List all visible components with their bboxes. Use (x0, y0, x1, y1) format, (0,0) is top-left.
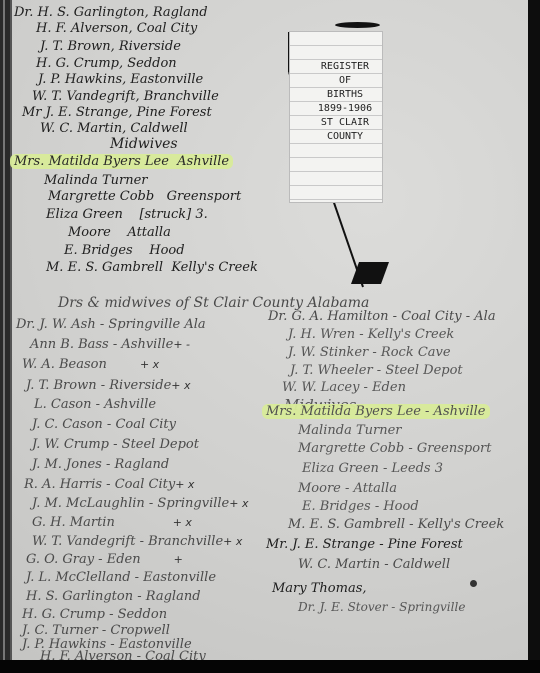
list-item: Dr. J. W. Ash - Springville Ala (16, 318, 206, 332)
list-item: J. T. Brown - Riverside + x (26, 379, 171, 393)
list-item: J. C. Cason - Coal City (32, 418, 176, 432)
midwife-name: Mrs. Matilda Byers Lee (14, 154, 169, 169)
list-item: J. M. McLaughlin - Springville + x (32, 497, 229, 511)
list-item: J. L. McClelland - Eastonville (26, 571, 216, 585)
page-right-edge (528, 0, 540, 673)
list-item: Eliza Green [struck] 3. (46, 208, 208, 222)
list-item: Eliza Green - Leeds 3 (302, 462, 443, 476)
page-bottom-edge (0, 660, 540, 673)
list-item: H. G. Crump, Seddon (36, 57, 177, 71)
list-item: M. E. S. Gambrell Kelly's Creek (46, 261, 258, 275)
list-item: L. Cason - Ashville (34, 398, 156, 412)
highlight: Mrs. Matilda Byers Lee - Ashville (262, 404, 490, 419)
list-item: J. P. Hawkins, Eastonville (38, 73, 203, 87)
list-item: J. H. Wren - Kelly's Creek (288, 328, 454, 342)
ink-stain (335, 22, 380, 28)
list-item: G. H. Martin + x (32, 516, 173, 530)
list-item: E. Bridges - Hood (302, 500, 419, 514)
list-item: W. T. Vandegrift - Branchville + x (32, 535, 223, 549)
list-item: J. M. Jones - Ragland (32, 458, 169, 472)
list-item: Mary Thomas, (272, 582, 367, 596)
list-item: J. C. Turner - Cropwell (22, 624, 170, 638)
list-item: W. A. Beason + x (22, 358, 140, 372)
list-item: Moore - Attalla (298, 482, 397, 496)
list-item: Dr. J. E. Stover - Springville (298, 600, 465, 614)
list-item-highlighted: Mrs. Matilda Byers Lee - Ashville (262, 405, 490, 419)
list-item: R. A. Harris - Coal City + x (24, 478, 175, 492)
list-item-highlighted: Mrs. Matilda Byers Lee Ashville (10, 155, 233, 169)
list-item: H. S. Garlington - Ragland (26, 590, 201, 604)
list-item: Dr. H. S. Garlington, Ragland (14, 6, 208, 20)
list-item: H. F. Alverson, Coal City (36, 22, 197, 36)
lower-heading: Drs & midwives of St Clair County Alabam… (58, 296, 369, 310)
list-item: Margrette Cobb - Greensport (298, 442, 491, 456)
list-item: J. W. Crump - Steel Depot (32, 438, 199, 452)
page-binding (0, 0, 12, 662)
midwife-place: Ashville (177, 154, 229, 169)
list-item: Mr J. E. Strange, Pine Forest (22, 106, 212, 120)
list-item: Moore Attalla (68, 226, 171, 240)
list-item: Margrette Cobb Greensport (48, 190, 241, 204)
list-item: Malinda Turner (298, 424, 402, 438)
list-item: W. W. Lacey - Eden (282, 381, 406, 395)
list-item: E. Bridges Hood (64, 244, 185, 258)
list-item: Mr. J. E. Strange - Pine Forest (266, 538, 463, 552)
list-item: J. W. Stinker - Rock Cave (288, 346, 451, 360)
list-item: J. T. Brown, Riverside (40, 40, 181, 54)
list-item: Dr. G. A. Hamilton - Coal City - Ala (268, 310, 496, 324)
highlight: Mrs. Matilda Byers Lee Ashville (10, 154, 233, 169)
list-item: Ann B. Bass - Ashville + - (30, 338, 173, 352)
ink-spot (470, 580, 477, 587)
list-item: W. T. Vandegrift, Branchville (32, 90, 219, 104)
list-item: H. G. Crump - Seddon (22, 608, 167, 622)
list-item: M. E. S. Gambrell - Kelly's Creek (288, 518, 504, 532)
list-item: J. T. Wheeler - Steel Depot (290, 364, 463, 378)
list-item: G. O. Gray - Eden + (26, 553, 174, 567)
upper-midwives-heading: Midwives (110, 137, 178, 151)
register-title: REGISTER OF BIRTHS 1899-1906 ST CLAIR CO… (310, 60, 380, 144)
list-item: W. C. Martin - Caldwell (298, 558, 450, 572)
list-item: Malinda Turner (44, 174, 148, 188)
list-item: W. C. Martin, Caldwell (40, 122, 188, 136)
